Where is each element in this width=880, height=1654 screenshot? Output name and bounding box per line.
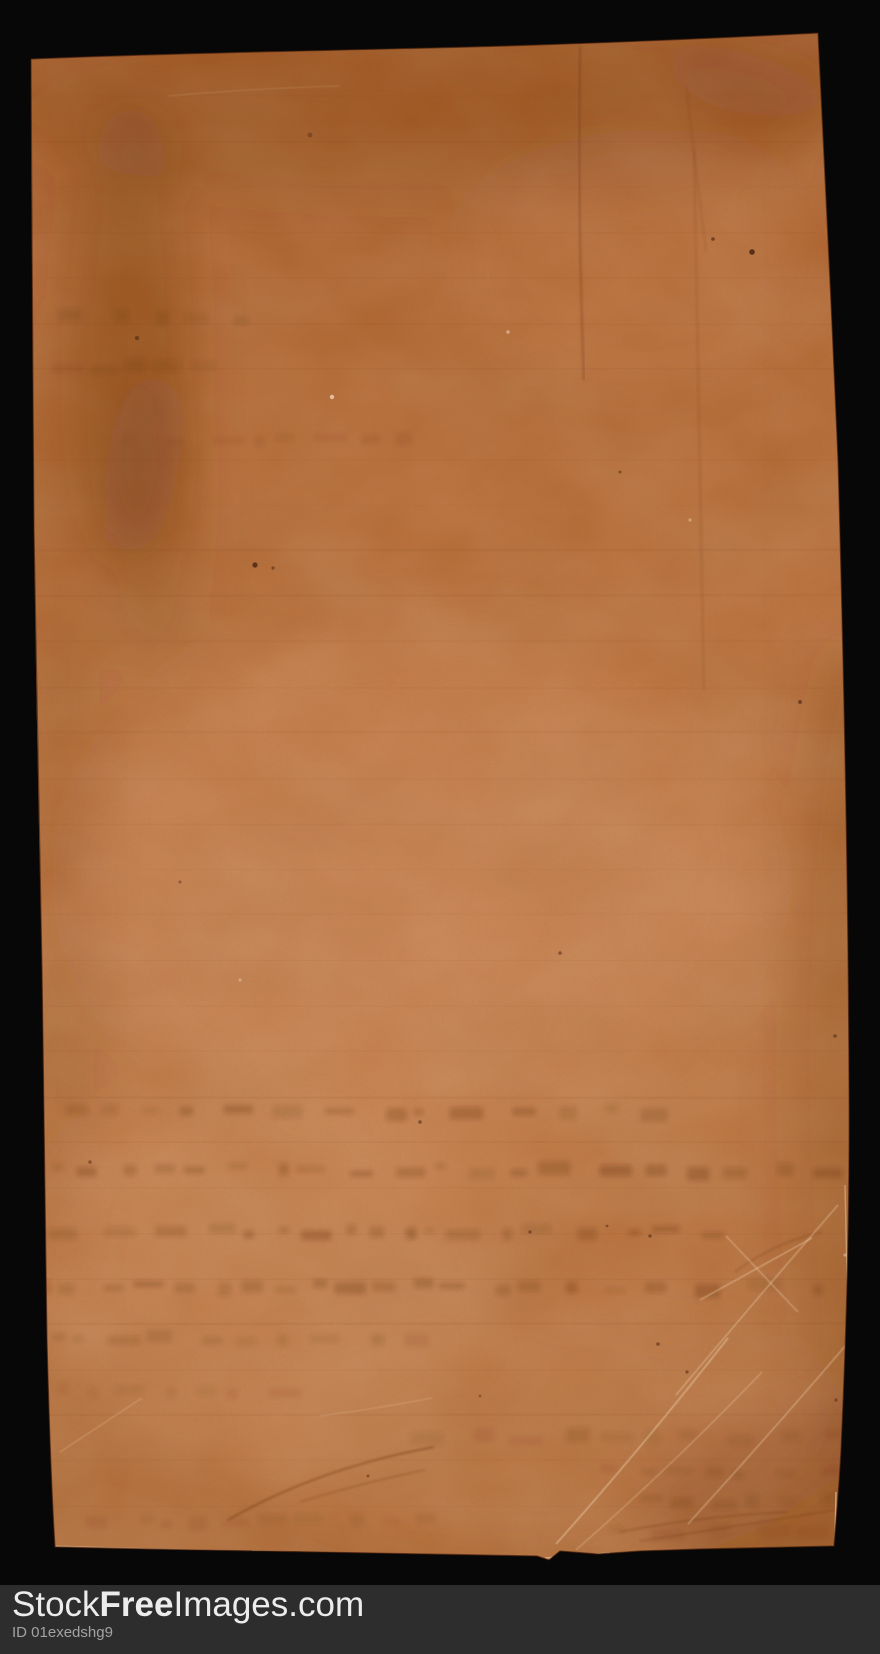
watermark-brand: StockFreeImages.com — [12, 1586, 880, 1624]
stock-photo-page: StockFreeImages.com ID 01exedshg9 — [0, 0, 880, 1654]
brand-images: Images.com — [173, 1585, 364, 1624]
image-id-label: ID 01exedshg9 — [12, 1624, 880, 1642]
brand-free: Free — [100, 1585, 174, 1624]
paper-photo — [0, 0, 880, 1654]
watermark-bar: StockFreeImages.com ID 01exedshg9 — [0, 1585, 880, 1654]
brand-stock: Stock — [12, 1585, 100, 1624]
